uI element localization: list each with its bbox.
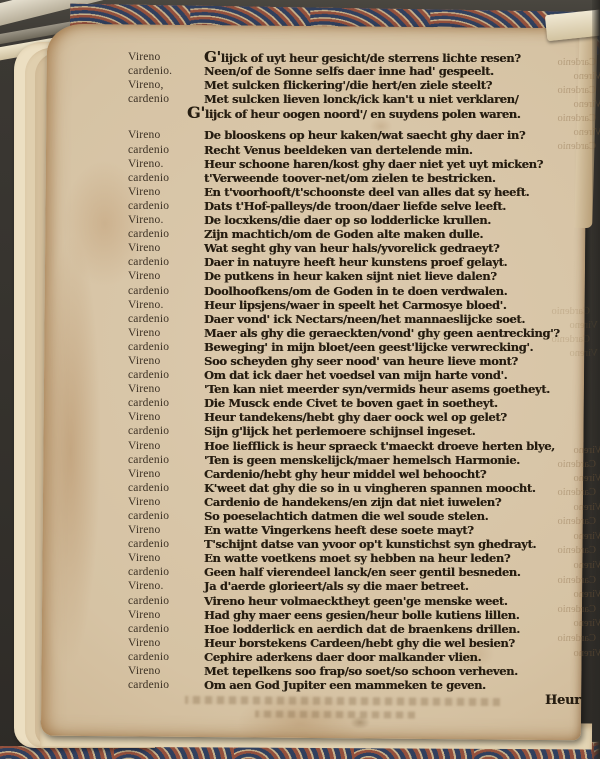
speaker-label: cardenio <box>128 312 204 326</box>
dialogue-row: Vireno Soo scheyden ghy seer nood' van h… <box>128 354 580 368</box>
dialogue-line: G'lijck of heur oogen noord'/ en suydens… <box>187 106 520 120</box>
speaker-label: cardenio. <box>128 64 204 78</box>
speaker-label: cardenio <box>128 396 204 410</box>
book-photo: Cardenio Vireno Cardenio Vireno Cardenio… <box>0 0 600 759</box>
dialogue-row: cardenio Geen half vierendeel lanck/en s… <box>128 565 580 579</box>
dialogue-line: Met sulcken lieven lonck/ick kan't u nie… <box>204 92 518 106</box>
dialogue-line: Daer in natuyre heeft heur kunstens proe… <box>204 255 507 269</box>
speaker-label: Vireno. <box>128 579 204 593</box>
dialogue-row: Vireno Had ghy maer eens gesien/heur bol… <box>128 608 580 622</box>
dialogue-line: K'weet dat ghy die so in u vingheren spa… <box>204 481 535 495</box>
dialogue-row: Vireno. De locxkens/die daer op so lodde… <box>128 213 580 227</box>
speaker-label: cardenio <box>128 199 204 213</box>
speaker-label: Vireno <box>128 241 204 255</box>
dialogue-row: cardenio K'weet dat ghy die so in u ving… <box>128 481 580 495</box>
speaker-label: Vireno <box>128 382 204 396</box>
speaker-label: cardenio <box>128 594 204 608</box>
dialogue-line: T'schijnt datse van yvoor op't kunstichs… <box>204 537 536 551</box>
dialogue-line: Heur tandekens/hebt ghy daer oock wel op… <box>204 410 507 424</box>
dialogue-line: Ja d'aerde glorieert/als sy die maer bet… <box>204 579 468 593</box>
dialogue-line: De locxkens/die daer op so lodderlicke k… <box>204 213 491 227</box>
dialogue-line: 'Ten kan niet meerder syn/vermids heur a… <box>204 382 550 396</box>
speaker-label: cardenio <box>128 565 204 579</box>
speaker-label: Vireno <box>128 495 204 509</box>
speaker-label: Vireno <box>128 636 204 650</box>
dialogue-line: Dats t'Hof-palleys/de troon/daer liefde … <box>204 199 506 213</box>
dialogue-row: Vireno Heur tandekens/hebt ghy daer oock… <box>128 410 580 424</box>
dialogue-row: Vireno. Heur schoone haren/kost ghy daer… <box>128 157 580 171</box>
dialogue-line: Cephire aderkens daer door malkander vli… <box>204 650 481 664</box>
speaker-label: cardenio <box>128 227 204 241</box>
speaker-label: cardenio <box>128 678 204 692</box>
speaker-label: cardenio <box>128 255 204 269</box>
dialogue-line: Doolhoofkens/om de Goden in te doen verd… <box>204 284 507 298</box>
dialogue-row: cardenio Zijn machtich/om de Goden alte … <box>128 227 580 241</box>
dialogue-line: Geen half vierendeel lanck/en seer genti… <box>204 565 520 579</box>
speaker-label: Vireno <box>128 551 204 565</box>
dialogue-line: Cardenio de handekens/en zijn dat niet i… <box>204 495 501 509</box>
dialogue-row: cardenio 'Ten is geen menskelijck/maer h… <box>128 453 580 467</box>
dialogue-row: Vireno G'lijck of uyt heur gesicht/de st… <box>128 50 580 64</box>
dialogue-row: Vireno Hoe liefflick is heur spraeck t'm… <box>128 439 580 453</box>
dialogue-line: Cardenio/hebt ghy heur middel wel behooc… <box>204 467 486 481</box>
speaker-label: Vireno <box>128 185 204 199</box>
dialogue-line: En watte voetkens moet sy hebben na heur… <box>204 551 510 565</box>
speaker-label: cardenio <box>128 622 204 636</box>
dialogue-line: Met sulcken flickering'/die hert/en ziel… <box>204 78 492 92</box>
dialogue-line: En watte Vingerkens heeft dese soete may… <box>204 523 474 537</box>
speaker-label: Vireno <box>128 354 204 368</box>
dialogue-row: Vireno Met tepelkens soo frap/so soet/so… <box>128 664 580 678</box>
dialogue-row: cardenio Recht Venus beeldeken van derte… <box>128 143 580 157</box>
dialogue-row: Vireno. Ja d'aerde glorieert/als sy die … <box>128 579 580 593</box>
dialogue-row: Vireno Cardenio de handekens/en zijn dat… <box>128 495 580 509</box>
dialogue-row: cardenio Die Musck ende Civet te boven g… <box>128 396 580 410</box>
bleedthrough-ornament <box>350 716 370 729</box>
speaker-label: Vireno <box>128 439 204 453</box>
dialogue-line: Heur lipsjens/waer in speelt het Carmosy… <box>204 298 506 312</box>
dialogue-line: t'Verweende toover-net/om zielen te best… <box>204 171 496 185</box>
dialogue-row: cardenio Vireno heur volmaecktheyt geen'… <box>128 594 580 608</box>
speaker-label: cardenio <box>128 424 204 438</box>
speaker-label: Vireno <box>128 608 204 622</box>
dialogue-row: G'lijck of heur oogen noord'/ en suydens… <box>128 106 580 120</box>
catchword: Heur <box>545 693 581 708</box>
dialogue-row: Vireno. Heur lipsjens/waer in speelt het… <box>128 298 580 312</box>
dialogue-line: Zijn machtich/om de Goden alte maken dul… <box>204 227 483 241</box>
dialogue-line: De putkens in heur kaken sijnt niet liev… <box>204 269 497 283</box>
dialogue-line: Daer vond' ick Nectars/neen/het mannaesl… <box>204 312 525 326</box>
dialogue-line: De blooskens op heur kaken/wat saecht gh… <box>204 128 525 142</box>
dialogue-row: Vireno En t'voorhooft/t'schoonste deel v… <box>128 185 580 199</box>
dialogue-row: Vireno Maer als ghy die geraeckten/vond'… <box>128 326 580 340</box>
speaker-label: Vireno <box>128 50 204 64</box>
dialogue-row: cardenio Om dat ick daer het voedsel van… <box>128 368 580 382</box>
speaker-label: Vireno <box>128 467 204 481</box>
dialogue-row: cardenio t'Verweende toover-net/om ziele… <box>128 171 580 185</box>
dialogue-line: Vireno heur volmaecktheyt geen'ge menske… <box>204 594 508 608</box>
speaker-label: cardenio <box>128 453 204 467</box>
dialogue-row: cardenio Daer vond' ick Nectars/neen/het… <box>128 312 580 326</box>
dialogue-line: Om aen God Jupiter een mammeken te geven… <box>204 678 486 692</box>
dialogue-line: G'lijck of uyt heur gesicht/de sterrens … <box>204 50 521 64</box>
dialogue-line: Beweging' in mijn bloet/een geest'lijcke… <box>204 340 533 354</box>
dialogue-line: Hoe liefflick is heur spraeck t'maeckt d… <box>204 439 555 453</box>
dialogue-line: Maer als ghy die geraeckten/vond' ghy ge… <box>204 326 560 340</box>
dialogue-line: Heur borstekens Cardeen/hebt ghy die wel… <box>204 636 515 650</box>
dialogue-line: Met tepelkens soo frap/so soet/so schoon… <box>204 664 518 678</box>
speaker-label: cardenio <box>128 143 204 157</box>
speaker-label: cardenio <box>128 284 204 298</box>
speaker-label: Vireno. <box>128 157 204 171</box>
dialogue-row: cardenio Dats t'Hof-palleys/de troon/dae… <box>128 199 580 213</box>
speaker-label: cardenio <box>128 368 204 382</box>
dialogue-row: Vireno Wat seght ghy van heur hals/yvore… <box>128 241 580 255</box>
dialogue-line: So poeselachtich datmen die wel soude st… <box>204 509 488 523</box>
dialogue-text-block: Vireno G'lijck of uyt heur gesicht/de st… <box>128 50 580 692</box>
speaker-label: Vireno <box>128 523 204 537</box>
dialogue-line: Wat seght ghy van heur hals/yvorelick ge… <box>204 241 499 255</box>
speaker-label: cardenio <box>128 537 204 551</box>
speaker-label: Vireno, <box>128 78 204 92</box>
dialogue-line: Neen/of de Sonne selfs daer inne had' ge… <box>204 64 494 78</box>
dialogue-row: Vireno Cardenio/hebt ghy heur middel wel… <box>128 467 580 481</box>
bleedthrough-text-line <box>255 710 415 718</box>
dialogue-row: cardenio T'schijnt datse van yvoor op't … <box>128 537 580 551</box>
speaker-label: cardenio <box>128 340 204 354</box>
speaker-label: Vireno <box>128 326 204 340</box>
dialogue-row: cardenio Beweging' in mijn bloet/een gee… <box>128 340 580 354</box>
dialogue-row: cardenio Hoe lodderlick en aerdich dat d… <box>128 622 580 636</box>
dialogue-row: cardenio Doolhoofkens/om de Goden in te … <box>128 284 580 298</box>
dialogue-row: Vireno Heur borstekens Cardeen/hebt ghy … <box>128 636 580 650</box>
dialogue-row: cardenio Cephire aderkens daer door malk… <box>128 650 580 664</box>
dialogue-row: Vireno De blooskens op heur kaken/wat sa… <box>128 128 580 142</box>
dialogue-row: cardenio Sijn g'lijck het perlemoere sch… <box>128 424 580 438</box>
speaker-label: cardenio <box>128 171 204 185</box>
speaker-label: cardenio <box>128 650 204 664</box>
dialogue-row: cardenio Daer in natuyre heeft heur kuns… <box>128 255 580 269</box>
dialogue-line: 'Ten is geen menskelijck/maer hemelsch H… <box>204 453 520 467</box>
speaker-label: Vireno <box>128 269 204 283</box>
dialogue-line: En t'voorhooft/t'schoonste deel van alle… <box>204 185 529 199</box>
dialogue-row: Vireno 'Ten kan niet meerder syn/vermids… <box>128 382 580 396</box>
speaker-label: Vireno <box>128 664 204 678</box>
dialogue-line: Die Musck ende Civet te boven gaet in so… <box>204 396 498 410</box>
dialogue-line: Recht Venus beeldeken van dertelende min… <box>204 143 473 157</box>
dialogue-line: Soo scheyden ghy seer nood' van heure li… <box>204 354 518 368</box>
dialogue-row: cardenio. Neen/of de Sonne selfs daer in… <box>128 64 580 78</box>
dialogue-line: Om dat ick daer het voedsel van mijn har… <box>204 368 507 382</box>
speaker-label: Vireno. <box>128 298 204 312</box>
dialogue-line: Heur schoone haren/kost ghy daer niet ye… <box>204 157 543 171</box>
dialogue-row: Vireno En watte voetkens moet sy hebben … <box>128 551 580 565</box>
dialogue-row: cardenio Om aen God Jupiter een mammeken… <box>128 678 580 692</box>
dialogue-row: Vireno, Met sulcken flickering'/die hert… <box>128 78 580 92</box>
dialogue-line: Hoe lodderlick en aerdich dat de braenke… <box>204 622 520 636</box>
speaker-label: Vireno <box>128 410 204 424</box>
speaker-label: cardenio <box>128 509 204 523</box>
speaker-label: Vireno <box>128 128 204 142</box>
dialogue-row: cardenio So poeselachtich datmen die wel… <box>128 509 580 523</box>
speaker-label: Vireno. <box>128 213 204 227</box>
dialogue-line: Sijn g'lijck het perlemoere schijnsel in… <box>204 424 475 438</box>
speaker-label: cardenio <box>128 481 204 495</box>
dialogue-line: Had ghy maer eens gesien/heur bolle kuti… <box>204 608 519 622</box>
dialogue-row: Vireno En watte Vingerkens heeft dese so… <box>128 523 580 537</box>
dialogue-row: Vireno De putkens in heur kaken sijnt ni… <box>128 269 580 283</box>
